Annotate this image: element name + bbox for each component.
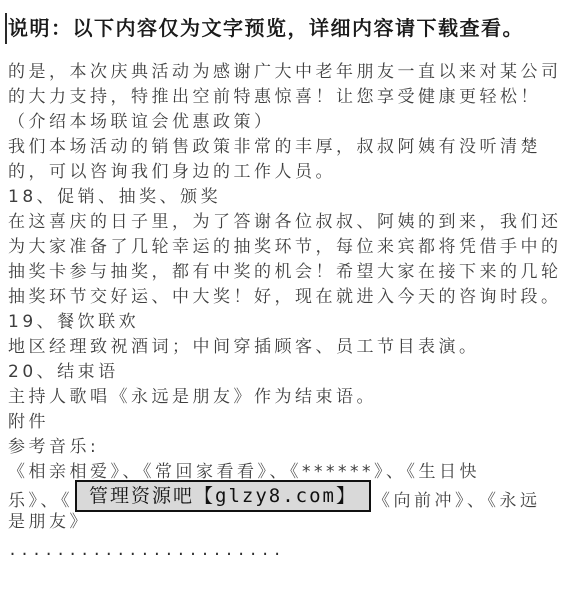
text-line: 我们本场活动的销售政策非常的丰厚，叔叔阿姨有没听清楚 bbox=[8, 135, 574, 160]
text-line: 的是，本次庆典活动为感谢广大中老年朋友一直以来对某公司 bbox=[8, 60, 574, 85]
text-line-music-label: 参考音乐: bbox=[8, 435, 574, 460]
text-line: （介绍本场联谊会优惠政策） bbox=[8, 110, 574, 135]
text-line: 地区经理致祝酒词；中间穿插顾客、员工节目表演。 bbox=[8, 335, 574, 360]
text-line: 的，可以咨询我们身边的工作人员。 bbox=[8, 160, 574, 185]
text-cursor bbox=[5, 13, 7, 44]
watermark-box: 管理资源吧【glzy8.com】 bbox=[75, 480, 371, 512]
text-line-with-watermark: 乐》、《管理资源吧【glzy8.com】《向前冲》、《永远 bbox=[8, 485, 574, 510]
text-line-section-19: 19、餐饮联欢 bbox=[8, 310, 574, 335]
watermark-line-suffix: 《向前冲》、《永远 bbox=[373, 491, 541, 511]
text-line: 的大力支持，特推出空前特惠惊喜！让您享受健康更轻松！ bbox=[8, 85, 574, 110]
watermark-line-prefix: 乐》、《 bbox=[8, 491, 73, 511]
text-line: 抽奖卡参与抽奖，都有中奖的机会！希望大家在接下来的几轮 bbox=[8, 260, 574, 285]
truncation-dots: ....................... bbox=[8, 538, 574, 563]
text-line: 在这喜庆的日子里，为了答谢各位叔叔、阿姨的到来，我们还 bbox=[8, 210, 574, 235]
preview-notice: 说明：以下内容仅为文字预览，详细内容请下载查看。 bbox=[8, 12, 524, 41]
text-line: 是朋友》 bbox=[8, 510, 574, 535]
text-line-section-20: 20、结束语 bbox=[8, 360, 574, 385]
text-line-section-18: 18、促销、抽奖、颁奖 bbox=[8, 185, 574, 210]
text-line: 为大家准备了几轮幸运的抽奖环节，每位来宾都将凭借手中的 bbox=[8, 235, 574, 260]
watermark-label: 管理资源吧【glzy8.com】 bbox=[89, 485, 357, 507]
text-line: 抽奖环节交好运、中大奖！好，现在就进入今天的咨询时段。 bbox=[8, 285, 574, 310]
document-body: 的是，本次庆典活动为感谢广大中老年朋友一直以来对某公司 的大力支持，特推出空前特… bbox=[8, 60, 574, 563]
document-preview-page: 说明：以下内容仅为文字预览，详细内容请下载查看。 的是，本次庆典活动为感谢广大中… bbox=[0, 0, 578, 600]
text-line-attachment: 附件 bbox=[8, 410, 574, 435]
text-line: 主持人歌唱《永远是朋友》作为结束语。 bbox=[8, 385, 574, 410]
